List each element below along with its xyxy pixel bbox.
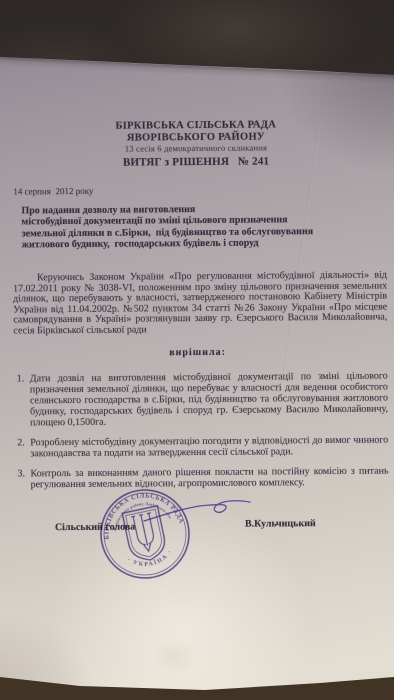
document-content: БІРКІВСЬКА СІЛЬСЬКА РАДА ЯВОРІВСЬКОГО РА… [0, 0, 394, 700]
photo-background: { "photo": { "background_color": "#332c2… [0, 0, 394, 700]
preamble-paragraph: Керуючись Законом України «Про регулюван… [13, 271, 387, 337]
subject-block: Про надання дозволу на виготовлення міст… [21, 203, 313, 251]
resolution-item-2: 2.Розроблену містобудівну документацію п… [17, 435, 388, 460]
handwritten-signature [136, 494, 261, 530]
item-text: Розроблену містобудівну документацію пог… [30, 435, 388, 460]
photo-of-document: БІРКІВСЬКА СІЛЬСЬКА РАДА ЯВОРІВСЬКОГО РА… [0, 0, 394, 700]
subject-line: житлового будинку, господарських будівел… [22, 237, 314, 251]
resolution-item-3: 3.Контроль за виконанням даного рішення … [17, 466, 388, 491]
item-number: 3. [17, 468, 25, 479]
resolution-item-1: 1.Дати дозвіл на виготовлення містобудів… [17, 371, 388, 429]
session-line: 13 сесія 6 демократичного скликання [0, 141, 393, 154]
item-text: Дати дозвіл на виготовлення містобудівно… [30, 371, 388, 429]
item-text: Контроль за виконанням даного рішення по… [30, 466, 388, 491]
document-paper: БІРКІВСЬКА СІЛЬСЬКА РАДА ЯВОРІВСЬКОГО РА… [0, 0, 394, 700]
item-number: 2. [17, 437, 25, 448]
document-date: 14 серпня 2012 року [13, 186, 93, 197]
extract-title: ВИТЯГ з РІШЕННЯ № 241 [0, 154, 393, 169]
resolution-items: 1.Дати дозвіл на виготовлення містобудів… [17, 371, 389, 500]
item-number: 1. [17, 373, 25, 384]
resolution-word: вирішила: [1, 345, 394, 359]
